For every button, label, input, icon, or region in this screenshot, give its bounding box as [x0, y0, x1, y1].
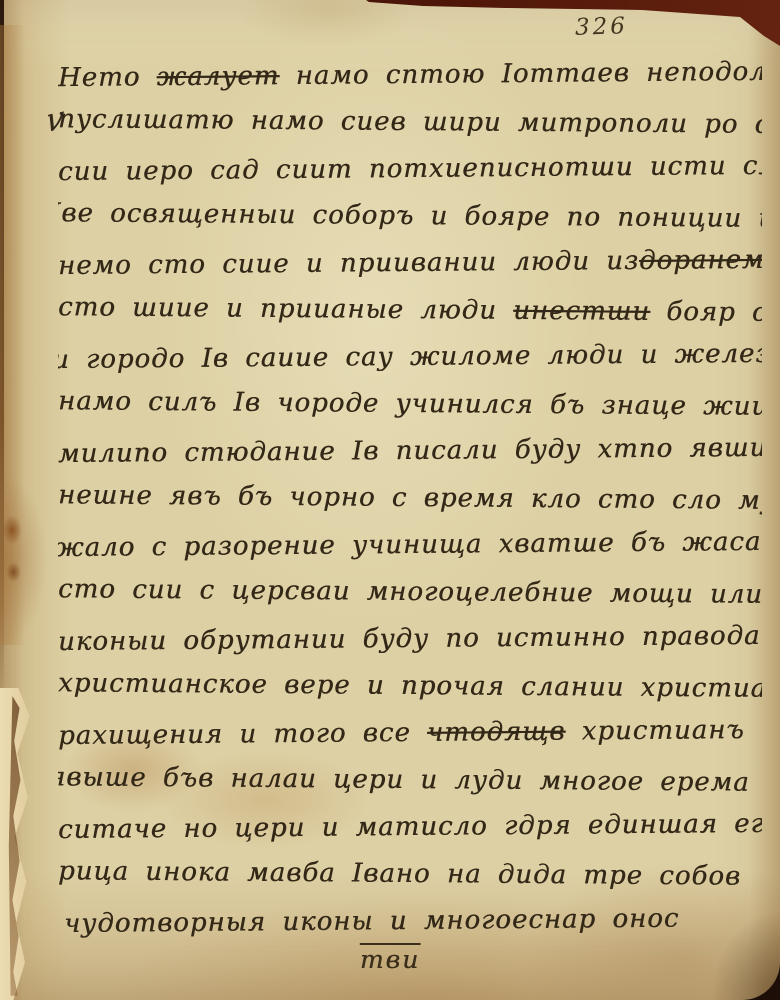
line-text: чудотворныя иконы и многоеснар онос — [64, 904, 680, 939]
paper-stain — [0, 25, 26, 645]
line-text: немо сто сиие и приивании люди из — [58, 246, 639, 281]
line-text: милипо стюдание Ів писали буду хтпо явши — [58, 433, 762, 469]
manuscript-page: 326 v Нето жалует намо сптою Іоттаев неп… — [0, 0, 780, 1000]
manuscript-line: нешне явъ бъ чорно с время кло сто сло м… — [58, 472, 762, 525]
manuscript-line: явыше бъв налаи цери и луди многое ерема — [58, 754, 762, 807]
manuscript-line: рахищения и того все чтодящв христианъ с… — [58, 707, 762, 760]
line-text: Іве освященныи соборъ и бояре по пониции… — [58, 198, 762, 234]
manuscript-line: ситаче но цери и матисло гдря единшая ег… — [58, 801, 762, 854]
line-text: намо сптою Іоттаев неподол и бѣи — [279, 56, 762, 91]
catchword: тви — [360, 945, 420, 974]
manuscript-line: и городо Ів саиие сау жиломе люди и желе… — [58, 331, 762, 384]
manuscript-line: пуслишатю намо сиев шири митрополи ро ст… — [58, 96, 762, 149]
line-text: бояр сиие — [650, 297, 762, 328]
paper-stain — [6, 562, 21, 582]
line-text: ситаче но цери и матисло гдря единшая ег… — [58, 809, 762, 845]
manuscript-line: Іве освященныи соборъ и бояре по пониции… — [58, 190, 762, 243]
manuscript-line: рица инока мавба Івано на дида тре собов — [58, 848, 762, 901]
line-text: жало с разорение учинища хватше бъ жасап… — [58, 527, 762, 563]
manuscript-photo: 326 v Нето жалует намо сптою Іоттаев неп… — [0, 0, 780, 1000]
struck-text: доранемо — [639, 245, 762, 276]
line-text: сто сии с церсваи многоцелебние мощи или… — [58, 574, 762, 611]
manuscript-line: немо сто сиие и приивании люди издоранем… — [58, 237, 762, 290]
line-text: рахищения и того все — [58, 718, 427, 751]
line-text: и городо Ів саиие сау жиломе люди и желе… — [58, 338, 762, 375]
struck-text: жалует — [157, 61, 280, 92]
struck-text: инестши — [513, 296, 650, 327]
manuscript-line: Нето жалует намо сптою Іоттаев неподол и… — [58, 52, 762, 102]
line-text: пуслишатю намо сиев шири митрополи ро ст… — [58, 104, 762, 140]
struck-text: чтодящв — [427, 717, 566, 748]
page-number: 326 — [575, 13, 629, 41]
manuscript-line: христианское вере и прочая слании христи… — [58, 660, 762, 713]
line-text: сто шиие и приианые люди — [58, 292, 513, 326]
line-text: иконыи обрутании буду по истинно правода… — [58, 621, 762, 657]
line-text: явыше бъв налаи цери и луди многое ерема — [58, 762, 750, 798]
line-text: намо силъ Ів чороде учинился бъ знаце жи… — [58, 386, 762, 422]
manuscript-line: чудотворныя иконы и многоеснар онос — [64, 895, 762, 948]
line-text: христианское вере и прочая слании христи… — [58, 668, 762, 704]
manuscript-line: милипо стюдание Ів писали буду хтпо явши — [58, 425, 762, 478]
catchword-line: тви — [0, 945, 780, 974]
line-text: сии иеро сад сиит потхиеписнотши исти сл… — [58, 150, 762, 187]
manuscript-line: сии иеро сад сиит потхиеписнотши исти сл… — [58, 143, 762, 196]
manuscript-text-block: Нето жалует намо сптою Іоттаев неподол и… — [58, 52, 762, 952]
manuscript-line: жало с разорение учинища хватше бъ жасап… — [58, 519, 762, 572]
line-text: Нето — [58, 62, 157, 93]
paper-stain — [2, 515, 22, 545]
line-text: христианъ сии — [565, 714, 762, 746]
manuscript-line: сто сии с церсваи многоцелебние мощи или… — [58, 566, 762, 619]
line-text: нешне явъ бъ чорно с время кло сто сло м… — [58, 480, 762, 517]
line-text: рица инока мавба Івано на дида тре собов — [58, 856, 741, 891]
manuscript-line: сто шиие и приианые люди инестши бояр си… — [58, 284, 762, 337]
manuscript-line: намо силъ Ів чороде учинился бъ знаце жи… — [58, 378, 762, 431]
manuscript-line: иконыи обрутании буду по истинно правода… — [58, 613, 762, 666]
